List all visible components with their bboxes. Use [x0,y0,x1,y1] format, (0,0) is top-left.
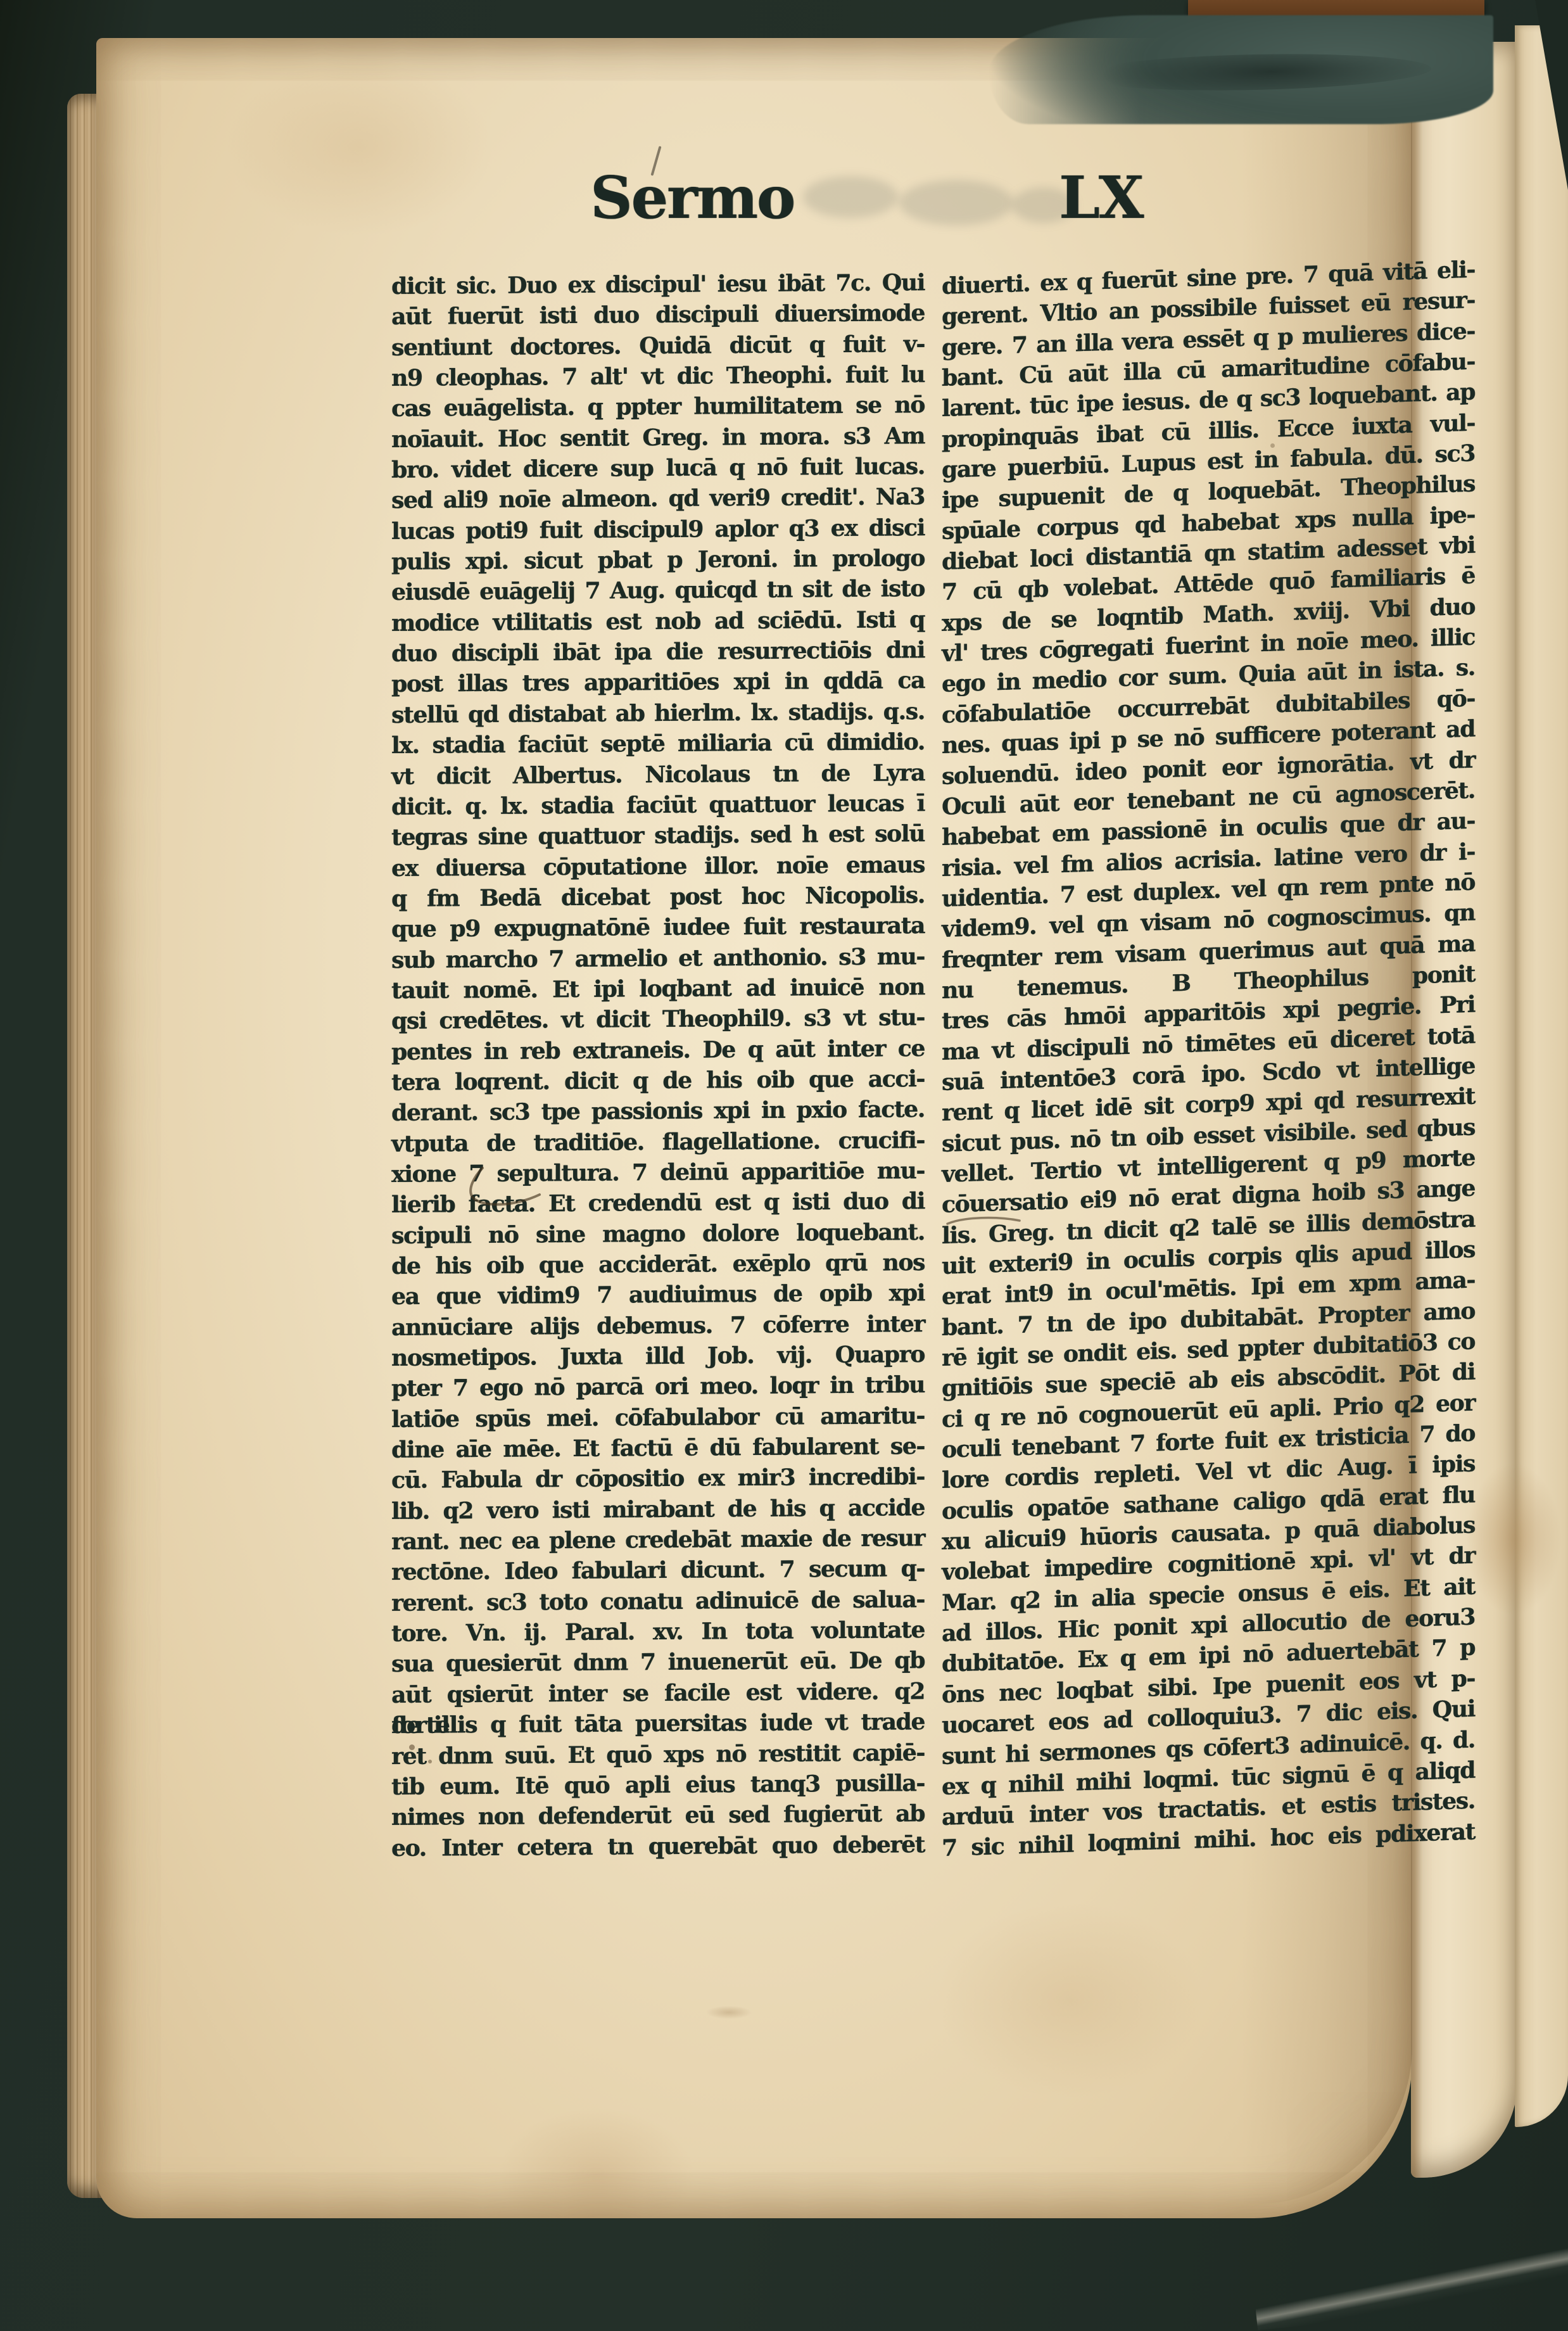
text-line: noīauit. Hoc sentit Greg. in mora. s3 Am [391,421,925,455]
show-through-smudge [899,180,1013,225]
pen-underline [945,1214,1023,1229]
text-line: tore. Vn. ij. Paral. xv. In tota volunta… [391,1615,925,1649]
text-line: rant. nec ea plene credebāt maxie de res… [391,1523,925,1557]
text-line: aūt qsierūt inter se facile est videre. … [391,1676,925,1710]
text-line: ea que vidim9 7 audiuimus de opib xpi [391,1278,925,1312]
text-line: bro. videt dicere sup lucā q nō fuit luc… [391,451,925,485]
text-line: tera loqrent. dicit q de his oib que acc… [391,1064,925,1098]
text-line: tib eum. Itē quō apli eius tanq3 pusilla… [391,1768,925,1802]
book-scan: Sermo LX dicit sic. Duo ex discipul' ies… [0,0,1568,2331]
pen-flourish [456,1165,551,1210]
text-line: vtputa de traditiōe. flagellatione. cruc… [391,1125,925,1159]
text-line: de illis q fuit tāta puersitas iude vt t… [391,1706,925,1741]
text-line: annūciare alijs debemus. 7 cōferre inter [391,1309,925,1343]
text-line: cas euāgelista. q ppter humilitatem se n… [391,390,925,424]
text-line: nimes non defenderūt eū sed fugierūt ab [391,1798,925,1832]
text-line: pentes in reb extraneis. De q aūt inter … [391,1033,925,1067]
running-head-number: LX [1059,163,1142,232]
text-line: modice vtilitatis est nob ad sciēdū. Ist… [391,604,925,638]
text-line: nosmetipos. Juxta illd Job. vij. Quapro [391,1339,925,1373]
scanner-edge-glare [1252,2237,1568,2330]
text-line: qsi credētes. vt dicit Theophil9. s3 vt … [391,1002,925,1036]
running-head-title: Sermo [590,163,794,232]
text-line: sua quesierūt dnm 7 inuenerūt eū. De qb [391,1646,925,1680]
text-line: cū. Fabula dr cōpositio ex mir3 incredib… [391,1462,925,1496]
text-line: ex diuersa cōputatione illor. noīe emaus [391,849,925,884]
text-column-left: dicit sic. Duo ex discipul' iesu ibāt 7c… [391,267,925,1864]
text-column-right: diuerti. ex q fuerūt sine pre. 7 quā vit… [942,255,1475,1864]
text-line: scipuli nō sine magno dolore loquebant. [391,1217,925,1251]
text-line: dine aīe mēe. Et factū ē dū fabularent s… [391,1431,925,1465]
text-line: tauit nomē. Et ipi loqbant ad inuicē non [391,972,925,1006]
text-line: de his oib que acciderāt. exēplo qrū nos [391,1247,925,1281]
text-line: lucas poti9 fuit discipul9 aplor q3 ex d… [391,512,925,547]
text-line: eiusdē euāgelij 7 Aug. quicqd tn sit de … [391,574,925,608]
text-line: q fm Bedā dicebat post hoc Nicopolis. [391,880,925,914]
text-line: pulis xpi. sicut pbat p Jeroni. in prolo… [391,543,925,577]
text-line: aūt fuerūt isti duo discipuli diuersimod… [391,298,925,332]
show-through-smudge [803,176,898,218]
text-line: pter 7 ego nō parcā ori meo. loqr in tri… [391,1369,925,1404]
text-line: rerent. sc3 toto conatu adinuicē de salu… [391,1584,925,1618]
text-line: lib. q2 vero isti mirabant de his q acci… [391,1492,925,1527]
text-line: stellū qd distabat ab hierlm. lx. stadij… [391,696,925,730]
text-line: n9 cleophas. 7 alt' vt dic Theophi. fuit… [391,359,925,393]
text-line: dicit. q. lx. stadia faciūt quattuor leu… [391,788,925,822]
text-line: lx. stadia faciūt septē miliaria cū dimi… [391,727,925,761]
text-line: post illas tres apparitiōes xpi in qddā … [391,666,925,700]
text-line: ret dnm suū. Et quō xps nō restitit capi… [391,1737,925,1772]
text-line: sub marcho 7 armelio et anthonio. s3 mu- [391,941,925,975]
text-line: sentiunt doctores. Quidā dicūt q fuit v- [391,329,925,363]
text-line: derant. sc3 tpe passionis xpi in pxio fa… [391,1094,925,1128]
text-line: sed ali9 noīe almeon. qd veri9 credit'. … [391,482,925,516]
text-line: que p9 expugnatōnē iudee fuit restaurata [391,910,925,944]
next-leaf-edge [1515,25,1568,2127]
text-line: eo. Inter cetera tn querebāt quo deberēt [391,1829,925,1864]
text-line: duo discipli ibāt ipa die resurrectiōis … [391,635,925,669]
text-line: vt dicit Albertus. Nicolaus tn de Lyra [391,758,925,792]
text-line: latiōe spūs mei. cōfabulabor cū amaritu- [391,1401,925,1435]
text-line: rectōne. Ideo fabulari dicunt. 7 secum q… [391,1554,925,1588]
text-line: tegras sine quattuor stadijs. sed h est … [391,818,925,853]
text-line: dicit sic. Duo ex discipul' iesu ibāt 7c… [391,267,925,302]
